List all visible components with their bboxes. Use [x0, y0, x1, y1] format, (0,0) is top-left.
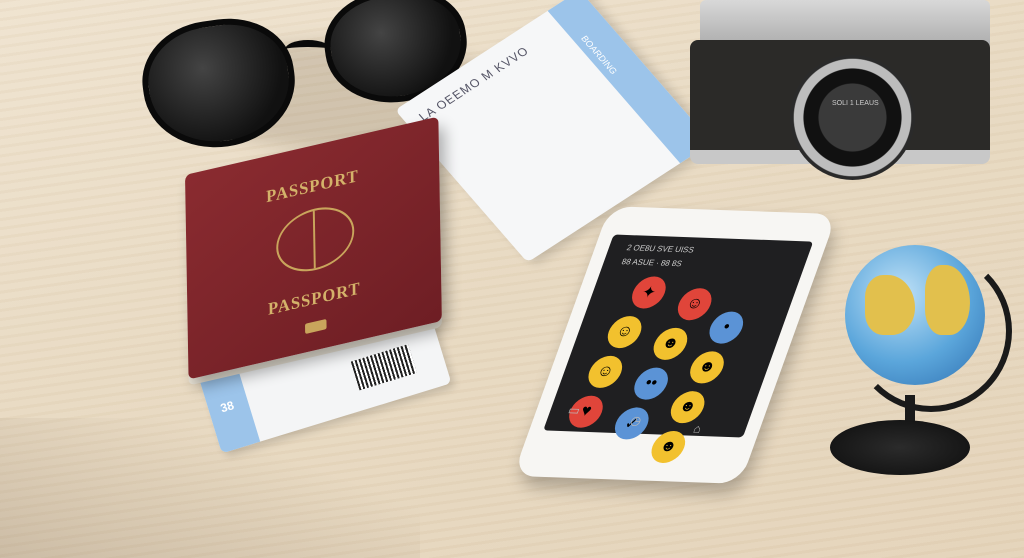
- globe-base: [830, 420, 970, 475]
- biometric-chip-icon: [305, 319, 327, 334]
- film-camera: SOLI 1 LEAUS: [690, 0, 995, 185]
- emoji-smile-icon: ☺: [584, 355, 627, 388]
- emoji-laugh-icon: ☻: [647, 430, 690, 463]
- home-icon: ⌂: [691, 422, 703, 436]
- desk-globe: [845, 245, 985, 385]
- emoji-surprised-icon: •: [705, 311, 748, 344]
- emoji-smile-icon: ☺: [673, 288, 716, 321]
- continent-landmass: [925, 265, 970, 335]
- emoji-grin-icon: ☻: [649, 327, 692, 360]
- emoji-grin-icon: ☻: [685, 351, 728, 384]
- emoji-laugh-icon: ☻: [666, 391, 709, 424]
- phone-status-text: 2 OE8U SVE UISS: [625, 243, 695, 254]
- lens-label: SOLI 1 LEAUS: [832, 100, 879, 107]
- emoji-grid: ✦☺☺•☻☺☻••♥☻✓☻: [614, 235, 814, 242]
- shadow-region: [0, 418, 420, 558]
- phone-subheader: 88 ASUE · 88 8S: [620, 257, 683, 268]
- globe-emblem-icon: [276, 200, 355, 279]
- emoji-eyes-icon: ••: [630, 367, 673, 400]
- emoji-wink-icon: ☺: [603, 316, 646, 349]
- left-lens: [135, 10, 303, 157]
- continent-landmass: [865, 275, 915, 335]
- camera-lens: [790, 55, 915, 180]
- barcode: [351, 344, 417, 390]
- emoji-star-burst-icon: ✦: [627, 276, 670, 309]
